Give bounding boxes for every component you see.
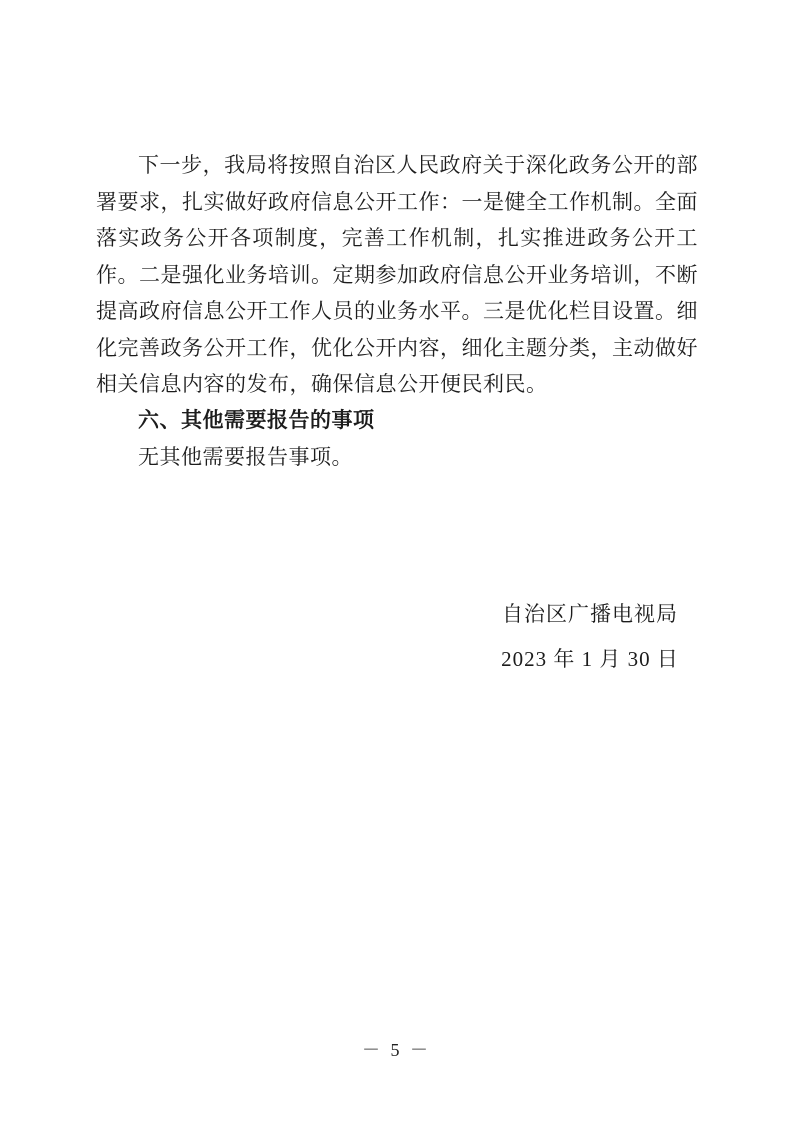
- signature-organization: 自治区广播电视局: [470, 592, 710, 637]
- document-page: 下一步，我局将按照自治区人民政府关于深化政务公开的部署要求，扎实做好政府信息公开…: [0, 0, 793, 1122]
- document-body: 下一步，我局将按照自治区人民政府关于深化政务公开的部署要求，扎实做好政府信息公开…: [96, 147, 698, 476]
- section-heading-other-matters: 六、其他需要报告的事项: [96, 403, 698, 440]
- signature-block: 自治区广播电视局 2023 年 1 月 30 日: [470, 592, 710, 682]
- page-number: － 5 －: [0, 1036, 793, 1062]
- signature-date: 2023 年 1 月 30 日: [470, 637, 710, 682]
- paragraph-no-other-matters: 无其他需要报告事项。: [96, 439, 698, 476]
- paragraph-next-steps: 下一步，我局将按照自治区人民政府关于深化政务公开的部署要求，扎实做好政府信息公开…: [96, 147, 698, 403]
